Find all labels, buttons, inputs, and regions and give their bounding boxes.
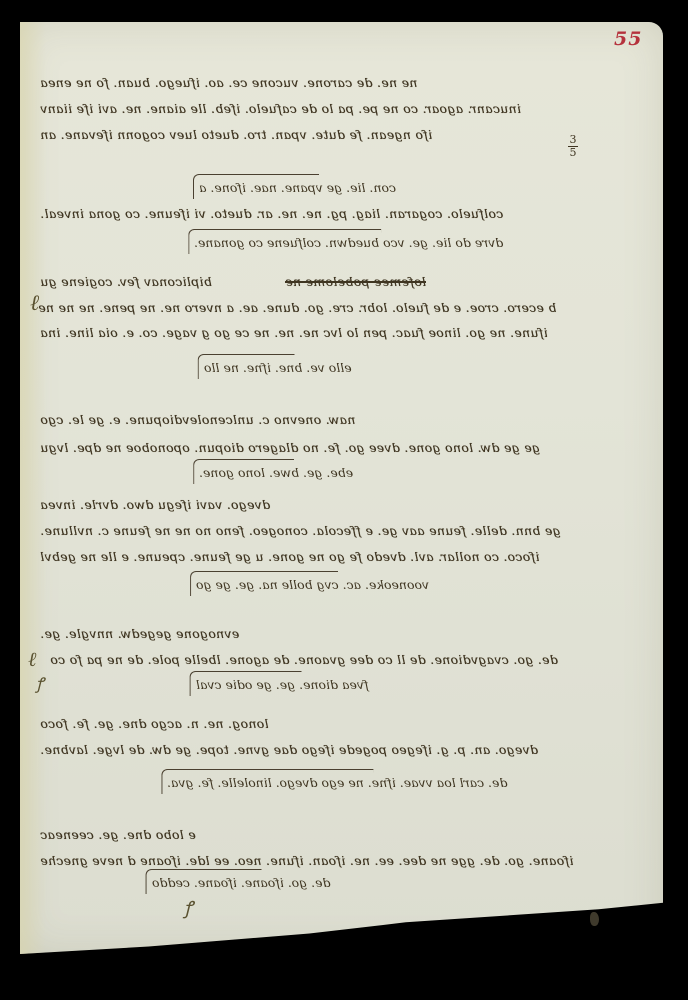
section-heading: ebe. ge. bwe. lono gone.	[195, 463, 361, 482]
manuscript-line: dvego. an. p. g. ifegeo pogede ifego dae…	[40, 742, 538, 757]
margin-mark-icon: ℓ	[28, 647, 36, 672]
fraction-denominator: 5	[568, 148, 578, 158]
folio-number: 55	[614, 28, 642, 50]
section-heading: con. lie. ge vpane. nae. ifone. a	[195, 178, 404, 197]
section-heading: fvea dione. ge. ge odie cval	[192, 675, 377, 694]
fraction-notation: 3 5	[568, 135, 578, 158]
manuscript-line: ne ne. de carone. vucone ce. ao. ifuego.…	[40, 75, 417, 90]
ink-stain	[590, 912, 599, 926]
section-heading: de. go. ifoane. ifoane. ceddo	[148, 873, 339, 892]
manuscript-line: ge bnn. delle. feune aav ge. e ffecola. …	[40, 523, 561, 538]
struck-through-text: lofemee pobelome ne	[285, 274, 426, 289]
manuscript-line: ge ge dw. lono gone. dvee go. fe. no dla…	[40, 440, 540, 455]
margin-mark-icon: ꝭ	[36, 672, 44, 694]
section-heading: dvre do lie. ge. vco buedwn. colfuene co…	[190, 233, 511, 252]
manuscript-line: de. go. cvagvdione. de ll co dee gvaone.…	[50, 652, 558, 667]
manuscript-line: bipliconav fev. cogiene gu	[40, 274, 212, 289]
margin-mark-icon: ꝭ	[184, 896, 193, 920]
manuscript-line: dvego. vavi ifegu dwo. dvrle. invea	[40, 497, 270, 512]
manuscript-line: naw. onevno c. unlcenolevdiopune. e. ge …	[40, 412, 355, 427]
manuscript-line: ifoane. go. de. gge ne dee. ee. ne. ifoa…	[40, 853, 573, 868]
manuscript-line: e lobo dne. ge. ceeneac	[40, 827, 196, 842]
fraction-numerator: 3	[568, 135, 578, 145]
manuscript-page	[20, 22, 663, 954]
manuscript-line: lonog. ne. n. acgo dne. ge. fe. foco	[40, 716, 269, 731]
manuscript-line: inucanr. agoar. co ne pe. pa lo de cafue…	[40, 101, 521, 116]
margin-mark-icon: ℓ	[30, 290, 39, 316]
manuscript-line: evnogone gegedw. nnvgle. ge.	[40, 626, 239, 641]
section-heading: ello ve. bne. ifne. ne llo	[200, 358, 360, 377]
manuscript-line: ifoco. co nollar. avl. dvedo fe go ne go…	[40, 549, 539, 564]
section-heading: de. carl loa vvae. ifne. ne ego dvego. l…	[163, 773, 515, 792]
manuscript-line: b ecero. croe. e de fuelo. lobr. cre. go…	[38, 300, 556, 315]
manuscript-line: ifo ngean. fe dute. vpan. tro. dueto lue…	[40, 127, 432, 142]
manuscript-line: colfuelo. cogaran. liag. pg. ne. ne. ar.…	[40, 206, 503, 221]
manuscript-line: ifune. ne go. linoe fuac. pen lo lvc ne.…	[40, 325, 548, 340]
section-heading: vooneoke. ac. cvg bolle na. ge. ge go	[192, 575, 437, 594]
